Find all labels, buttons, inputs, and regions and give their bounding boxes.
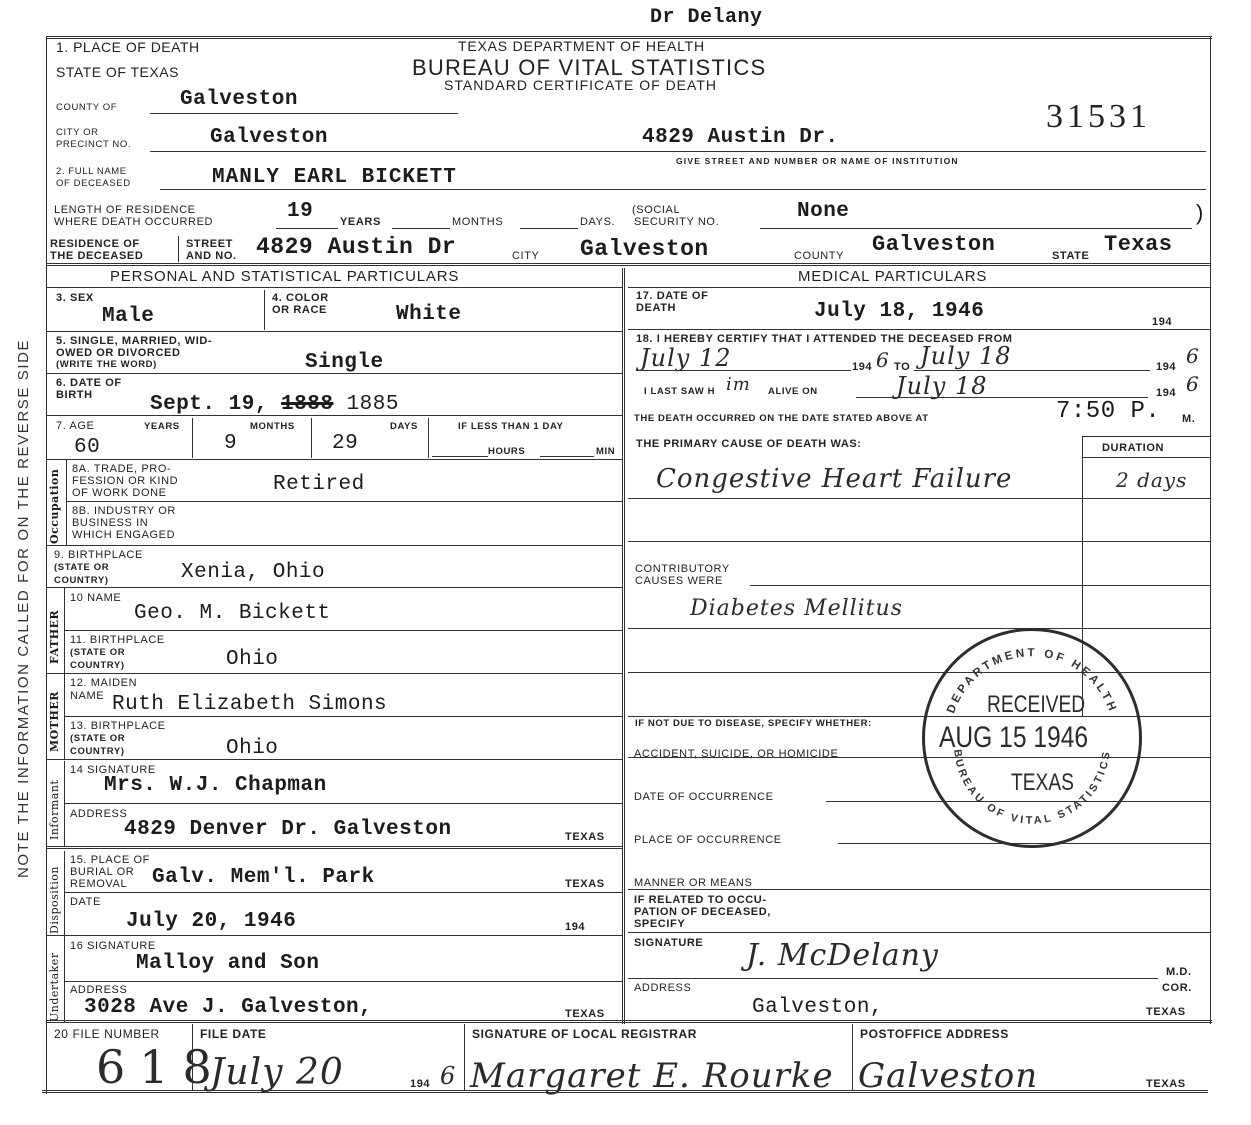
undertaker-address-label: ADDRESS (70, 984, 127, 996)
undertaker-address: 3028 Ave J. Galveston, (84, 996, 372, 1019)
dod-label-1: 17. DATE OF (636, 290, 708, 302)
occupation-related-label-3: SPECIFY (634, 918, 685, 930)
form-title: STANDARD CERTIFICATE OF DEATH (444, 79, 717, 91)
age-days-label: DAYS (390, 421, 418, 433)
dob-year: 1885 (347, 393, 399, 416)
attended-to-year-prefix: 194 (1156, 361, 1176, 373)
race-value: White (396, 303, 462, 326)
last-saw-pronoun: im (726, 374, 751, 395)
stamp-state: TEXAS (1011, 769, 1074, 797)
md-label: M.D. (1166, 966, 1192, 978)
full-name-label-1: 2. FULL NAME (56, 166, 127, 178)
years-label: YEARS (340, 216, 381, 228)
disposition-side-label: Disposition (48, 866, 61, 934)
hours-label: HOURS (488, 446, 525, 458)
residence-of-label-2: THE DECEASED (50, 250, 143, 262)
age-months: 9 (224, 432, 237, 455)
trade-label-3: OF WORK DONE (72, 487, 167, 499)
full-name-label-2: OF DECEASED (56, 178, 131, 190)
occurrence-place-label: PLACE OF OCCURRENCE (634, 834, 782, 846)
street-label-2: AND NO. (186, 250, 237, 262)
file-year-prefix: 194 (410, 1078, 430, 1090)
mother-name-label-1: 12. MAIDEN (70, 677, 137, 689)
last-saw-label-1: I LAST SAW H (644, 386, 715, 398)
file-number: 618 (96, 1040, 226, 1094)
months-label: MONTHS (452, 216, 503, 228)
stamp-date: AUG 15 1946 (939, 721, 1088, 755)
residence-street: 4829 Austin Dr (256, 234, 456, 260)
postoffice-texas-label: TEXAS (1146, 1078, 1186, 1090)
trade-label-1: 8A. TRADE, PRO- (72, 463, 171, 475)
occupation-side-label: Occupation (48, 469, 61, 544)
age-years-label: YEARS (144, 421, 180, 433)
date-of-death: July 18, 1946 (814, 300, 984, 323)
county-label: COUNTY OF (56, 102, 117, 114)
undertaker-sig-label: 16 SIGNATURE (70, 940, 156, 952)
burial-texas-label: TEXAS (565, 878, 605, 890)
residence-length-label-2: WHERE DEATH OCCURRED (54, 216, 213, 228)
reverse-side-note: NOTE THE INFORMATION CALLED FOR ON THE R… (18, 339, 30, 878)
mother-name-label-2: NAME (70, 690, 104, 702)
dob-struck-year: 1888 (281, 393, 333, 416)
physician-address: Galveston, (752, 996, 883, 1019)
trade-label-2: FESSION OR KIND (72, 475, 178, 487)
burial-date-label: DATE (70, 896, 101, 908)
certificate-number: 31531 (1046, 98, 1151, 136)
death-county: Galveston (180, 88, 298, 111)
filing-divider (46, 1020, 1212, 1023)
mother-birthplace-label-1: 13. BIRTHPLACE (70, 720, 166, 732)
last-saw-label-2: ALIVE ON (768, 386, 818, 398)
postoffice-label: POSTOFFICE ADDRESS (860, 1028, 1009, 1040)
birthplace-label-1: 9. BIRTHPLACE (54, 549, 143, 561)
burial-label-3: REMOVAL (70, 878, 127, 890)
mother-birthplace-label-3: COUNTRY) (70, 746, 125, 758)
dept-title: TEXAS DEPARTMENT OF HEALTH (458, 40, 705, 52)
less-than-day-label: IF LESS THAN 1 DAY (458, 421, 563, 433)
primary-cause-label: THE PRIMARY CAUSE OF DEATH WAS: (636, 438, 862, 450)
residence-length-label-1: LENGTH OF RESIDENCE (54, 204, 196, 216)
burial-label-2: BURIAL OR (70, 866, 134, 878)
attended-from: July 12 (640, 344, 731, 372)
file-date: July 20 (210, 1052, 344, 1093)
stamp-received: RECEIVED (987, 691, 1085, 719)
personal-section-title: PERSONAL AND STATISTICAL PARTICULARS (110, 269, 459, 285)
sex-label: 3. SEX (56, 292, 94, 304)
place-of-death-label: 1. PLACE OF DEATH (56, 41, 200, 53)
father-name-label: 10 NAME (70, 592, 121, 604)
informant-side-label: Informant (48, 780, 61, 840)
dod-label-2: DEATH (636, 302, 676, 314)
ssn-label-2: SECURITY NO. (634, 216, 719, 228)
dod-year-suffix: 194 (1152, 316, 1172, 328)
residence-state-label: STATE (1052, 250, 1089, 262)
dob-value: Sept. 19, 1888 1885 (150, 393, 399, 416)
ssn-value: None (797, 200, 849, 223)
father-side-label: FATHER (48, 610, 61, 664)
occupation-related-label-2: PATION OF DECEASED, (634, 906, 771, 918)
age-days: 29 (332, 432, 358, 455)
city-label-1: CITY OR (56, 127, 99, 139)
physician-signature: J. McDelany (746, 938, 939, 973)
attended-to: July 18 (920, 342, 1011, 370)
attended-to-year: 6 (1186, 344, 1200, 368)
top-annotation: Dr Delany (650, 6, 763, 29)
contributory-cause: Diabetes Mellitus (690, 596, 903, 621)
primary-cause: Congestive Heart Failure (656, 464, 1012, 494)
race-label-1: 4. COLOR (272, 292, 329, 304)
not-disease-label: IF NOT DUE TO DISEASE, SPECIFY WHETHER: (635, 718, 872, 730)
file-date-label: FILE DATE (200, 1028, 267, 1040)
death-time-suffix: M. (1182, 413, 1195, 425)
city-label-2: PRECINCT NO. (56, 139, 131, 151)
occurrence-date-label: DATE OF OCCURRENCE (634, 791, 774, 803)
file-number-label: 20 FILE NUMBER (54, 1028, 160, 1040)
industry-label-1: 8B. INDUSTRY OR (72, 505, 176, 517)
cor-label: COR. (1162, 982, 1192, 994)
birthplace-value: Xenia, Ohio (181, 561, 325, 584)
days-label: DAYS. (580, 216, 615, 228)
street-label-1: STREET (186, 238, 233, 250)
undertaker-texas-label: TEXAS (565, 1008, 605, 1020)
father-birthplace-label-1: 11. BIRTHPLACE (70, 634, 165, 646)
marital-label-3: (WRITE THE WORD) (56, 359, 157, 371)
contributory-label-2: CAUSES WERE (635, 575, 723, 587)
last-saw-date: July 18 (896, 372, 987, 400)
father-birthplace-label-2: (STATE OR (70, 647, 125, 659)
birthplace-label-3: COUNTRY) (54, 575, 109, 587)
file-year-digit: 6 (440, 1062, 456, 1090)
death-time: 7:50 P. (1056, 398, 1160, 425)
father-birthplace: Ohio (226, 648, 278, 671)
attended-from-year-prefix: 194 (852, 361, 872, 373)
race-label-2: OR RACE (272, 304, 327, 316)
burial-year-suffix: 194 (565, 921, 585, 933)
informant-texas-label: TEXAS (565, 831, 605, 843)
contributory-label-1: CONTRIBUTORY (635, 563, 730, 575)
residence-county: Galveston (872, 232, 995, 257)
age-label: 7. AGE (56, 420, 94, 432)
burial-date: July 20, 1946 (126, 910, 296, 933)
informant-address-label: ADDRESS (70, 808, 127, 820)
min-label: MIN (596, 446, 615, 458)
dob-label-1: 6. DATE OF (56, 377, 122, 389)
birthplace-label-2: (STATE OR (54, 562, 109, 574)
accident-label: ACCIDENT, SUICIDE, OR HOMICIDE (634, 748, 838, 760)
burial-place: Galv. Mem'l. Park (152, 866, 375, 889)
occupation-related-label-1: IF RELATED TO OCCU- (634, 894, 767, 906)
trade-value: Retired (273, 473, 365, 496)
death-city: Galveston (210, 126, 328, 149)
informant-address: 4829 Denver Dr. Galveston (124, 818, 452, 841)
deceased-full-name: MANLY EARL BICKETT (212, 166, 457, 189)
father-name: Geo. M. Bickett (134, 602, 331, 625)
death-time-label: THE DEATH OCCURRED ON THE DATE STATED AB… (634, 413, 929, 425)
residence-city: Galveston (580, 236, 709, 262)
ssn-close-paren: ) (1196, 200, 1203, 226)
medical-section-title: MEDICAL PARTICULARS (798, 269, 987, 285)
residence-state: Texas (1104, 232, 1173, 257)
attended-from-year: 6 (876, 348, 890, 372)
physician-signature-label: SIGNATURE (634, 937, 703, 949)
physician-texas-label: TEXAS (1146, 1006, 1186, 1018)
registrar-label: SIGNATURE OF LOCAL REGISTRAR (472, 1028, 697, 1040)
marital-label-1: 5. SINGLE, MARRIED, WID- (56, 335, 212, 347)
mother-birthplace-label-2: (STATE OR (70, 733, 125, 745)
ssn-label-1: (SOCIAL (632, 204, 680, 216)
age-months-label: MONTHS (250, 421, 295, 433)
marital-status: Single (305, 351, 384, 374)
informant-signature: Mrs. W.J. Chapman (104, 774, 327, 797)
marital-label-2: OWED OR DIVORCED (56, 347, 181, 359)
mother-maiden-name: Ruth Elizabeth Simons (112, 693, 387, 716)
undertaker-side-label: Undertaker (48, 952, 61, 1022)
manner-label: MANNER OR MEANS (634, 877, 752, 889)
physician-address-label: ADDRESS (634, 982, 691, 994)
residence-years: 19 (287, 200, 313, 223)
dob-label-2: BIRTH (56, 389, 93, 401)
residence-county-label: COUNTY (794, 250, 844, 262)
duration-value: 2 days (1116, 468, 1187, 492)
industry-label-2: BUSINESS IN (72, 517, 148, 529)
industry-label-3: WHICH ENGAGED (72, 529, 175, 541)
undertaker-signature: Malloy and Son (136, 952, 319, 975)
residence-of-label-1: RESIDENCE OF (50, 238, 140, 250)
column-divider (622, 268, 625, 1024)
father-birthplace-label-3: COUNTRY) (70, 660, 125, 672)
received-stamp: DEPARTMENT OF HEALTH BUREAU OF VITAL STA… (922, 628, 1142, 848)
mother-side-label: MOTHER (48, 691, 61, 752)
duration-label: DURATION (1102, 442, 1164, 454)
street-hint: GIVE STREET AND NUMBER OR NAME OF INSTIT… (676, 155, 959, 167)
death-street: 4829 Austin Dr. (642, 126, 839, 149)
sex-value: Male (102, 305, 154, 328)
burial-label-1: 15. PLACE OF (70, 854, 150, 866)
age-years: 60 (74, 436, 100, 459)
mother-birthplace: Ohio (226, 737, 278, 760)
last-saw-year: 6 (1186, 372, 1200, 396)
state-of-texas-label: STATE OF TEXAS (56, 66, 179, 78)
residence-city-label: CITY (512, 250, 539, 262)
